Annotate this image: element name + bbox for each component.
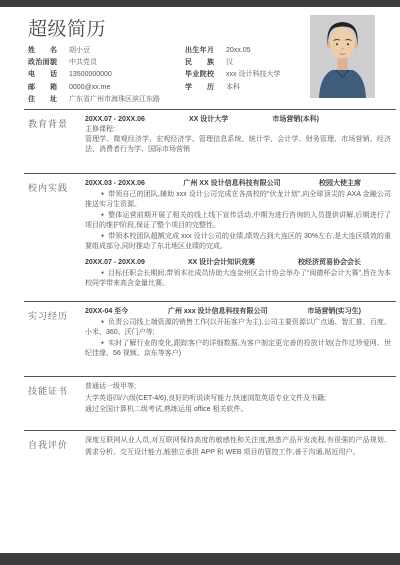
- profile-row: 住址 广东省广州市海珠区滨江东路: [28, 94, 185, 106]
- profile-field-value: 胡小豆: [69, 45, 90, 57]
- profile-field-value: 汉: [226, 57, 233, 69]
- self-evaluation-text: 深度互联网从业人员,对互联网保持高度的敏感性和关注度,熟悉产品开发流程,有很强的…: [85, 435, 391, 459]
- entry-role: 校经济贸易协会会长: [298, 257, 361, 268]
- section-skills-certificates: 技能证书 普通话一级甲等; 大学英语四/六级(CET-4/6),良好的听说读写能…: [24, 376, 396, 416]
- section-content: 普通话一级甲等; 大学英语四/六级(CET-4/6),良好的听说读写能力,快速浏…: [85, 381, 396, 416]
- entry-school: XX 设计大学: [189, 114, 228, 125]
- profile-field-value: 中共党员: [69, 57, 97, 69]
- profile-field-label: 学历: [185, 82, 214, 94]
- profile-row: 政治面貌 中共党员: [28, 57, 185, 69]
- section-education: 教育背景 20XX.07 - 20XX.06 XX 设计大学 市场营销(本科) …: [24, 109, 396, 155]
- entry-major: 市场营销(本科): [272, 114, 319, 125]
- entry-date: 20XX.07 - 20XX.06: [85, 114, 145, 125]
- profile-row: 姓名 胡小豆: [28, 45, 185, 57]
- bullet-item: 带领本校团队超额完成 xxx 设计公司的业绩,绩效占到大连区的 30%左右,是大…: [85, 231, 391, 252]
- section-content: 深度互联网从业人员,对互联网保持高度的敏感性和关注度,熟悉产品开发流程,有很强的…: [85, 435, 396, 459]
- entry-date: 20XX.07 - 20XX.09: [85, 257, 145, 268]
- courses-list: 管理学、微观经济学、宏观经济学、管理信息系统、统计学、会计学、财务管理、市场营销…: [85, 135, 391, 155]
- profile-field-label: 邮箱: [28, 82, 57, 94]
- section-campus-practice: 校内实践 20XX.03 - 20XX.06 广州 XX 设计信息科技有限公司 …: [24, 173, 396, 289]
- profile-field-label: 毕业院校: [185, 69, 214, 81]
- profile-field-label: 出生年月: [185, 45, 214, 57]
- bullet-item: 负责公司线上端资源的销售工作(以开拓客户为主),公司主要资源以广点通、智汇推、百…: [85, 317, 391, 338]
- entry-date: 20XX.03 - 20XX.06: [85, 178, 145, 189]
- section-title: 自我评价: [24, 435, 85, 459]
- profile-column-left: 姓名 胡小豆 政治面貌 中共党员 电话 13500000000 邮箱 0000@…: [28, 45, 185, 106]
- portrait-photo-graphic: [310, 15, 375, 98]
- entry-date: 20XX-04 至今: [85, 306, 128, 317]
- courses-title: 主修课程:: [85, 125, 391, 135]
- skill-item: 通过全国计算机二级考试,熟练运用 office 相关软件。: [85, 404, 391, 416]
- bullet-item: 整体运营前期开展了相关的线上线下宣传活动,中期为进行咨询的人员提供讲解,后期进行…: [85, 210, 391, 231]
- profile-field-label: 电话: [28, 69, 57, 81]
- entry-role: 校园大使主席: [319, 178, 361, 189]
- campus-entry-header: 20XX.07 - 20XX.09 XX 设计会计知识竞赛 校经济贸易协会会长: [85, 257, 391, 268]
- resume-page: 超级简历 姓名 胡小豆 政治面貌 中共党员: [0, 7, 400, 553]
- bullet-item: 带领自己的团队,辅助 xxx 设计公司完成在各高校的“伏龙计划”,向全球顶尖的 …: [85, 189, 391, 210]
- section-content: 20XX.07 - 20XX.06 XX 设计大学 市场营销(本科) 主修课程:…: [85, 114, 396, 155]
- profile-row: 邮箱 0000@xx.me: [28, 82, 185, 94]
- education-entry-header: 20XX.07 - 20XX.06 XX 设计大学 市场营销(本科): [85, 114, 391, 125]
- profile-field-value: 本科: [226, 82, 240, 94]
- bullet-item: 目标任职会长期间,带领本社成员协助大连金州区会计协会举办了“阅德杯会计大赛”,旨…: [85, 268, 391, 289]
- profile-field-value: 20xx.05: [226, 45, 251, 57]
- section-content: 20XX.03 - 20XX.06 广州 XX 设计信息科技有限公司 校园大使主…: [85, 178, 396, 289]
- campus-entry-header: 20XX.03 - 20XX.06 广州 XX 设计信息科技有限公司 校园大使主…: [85, 178, 391, 189]
- section-title: 校内实践: [24, 178, 85, 289]
- profile-field-value: 0000@xx.me: [69, 82, 110, 94]
- entry-company: 广州 XX 设计信息科技有限公司: [183, 178, 280, 189]
- profile-field-value: xxx 设计科技大学: [226, 69, 280, 81]
- profile-photo: [310, 15, 375, 98]
- profile-field-label: 姓名: [28, 45, 57, 57]
- profile-field-label: 民族: [185, 57, 214, 69]
- section-title: 实习经历: [24, 306, 85, 359]
- section-title: 教育背景: [24, 114, 85, 155]
- section-internship: 实习经历 20XX-04 至今 广州 xxx 设计信息科技有限公司 市场营销(实…: [24, 301, 396, 359]
- section-self-evaluation: 自我评价 深度互联网从业人员,对互联网保持高度的敏感性和关注度,熟悉产品开发流程…: [24, 430, 396, 459]
- entry-company: XX 设计会计知识竞赛: [188, 257, 255, 268]
- bullet-item: 实时了解行业的变化,跟踪客户的详细数据,为客户制定更完善的投放计划(合作过珍爱网…: [85, 338, 391, 359]
- section-title: 技能证书: [24, 381, 85, 416]
- profile-row: 电话 13500000000: [28, 69, 185, 81]
- skill-item: 普通话一级甲等;: [85, 381, 391, 393]
- profile-field-value: 广东省广州市海珠区滨江东路: [69, 94, 160, 106]
- profile-field-value: 13500000000: [69, 69, 112, 81]
- profile-field-label: 政治面貌: [28, 57, 57, 69]
- profile-field-label: 住址: [28, 94, 57, 106]
- section-content: 20XX-04 至今 广州 xxx 设计信息科技有限公司 市场营销(实习生) 负…: [85, 306, 396, 359]
- internship-entry-header: 20XX-04 至今 广州 xxx 设计信息科技有限公司 市场营销(实习生): [85, 306, 391, 317]
- skill-item: 大学英语四/六级(CET-4/6),良好的听说读写能力,快速浏览英语专业文件及书…: [85, 393, 391, 405]
- entry-role: 市场营销(实习生): [307, 306, 361, 317]
- entry-company: 广州 xxx 设计信息科技有限公司: [168, 306, 268, 317]
